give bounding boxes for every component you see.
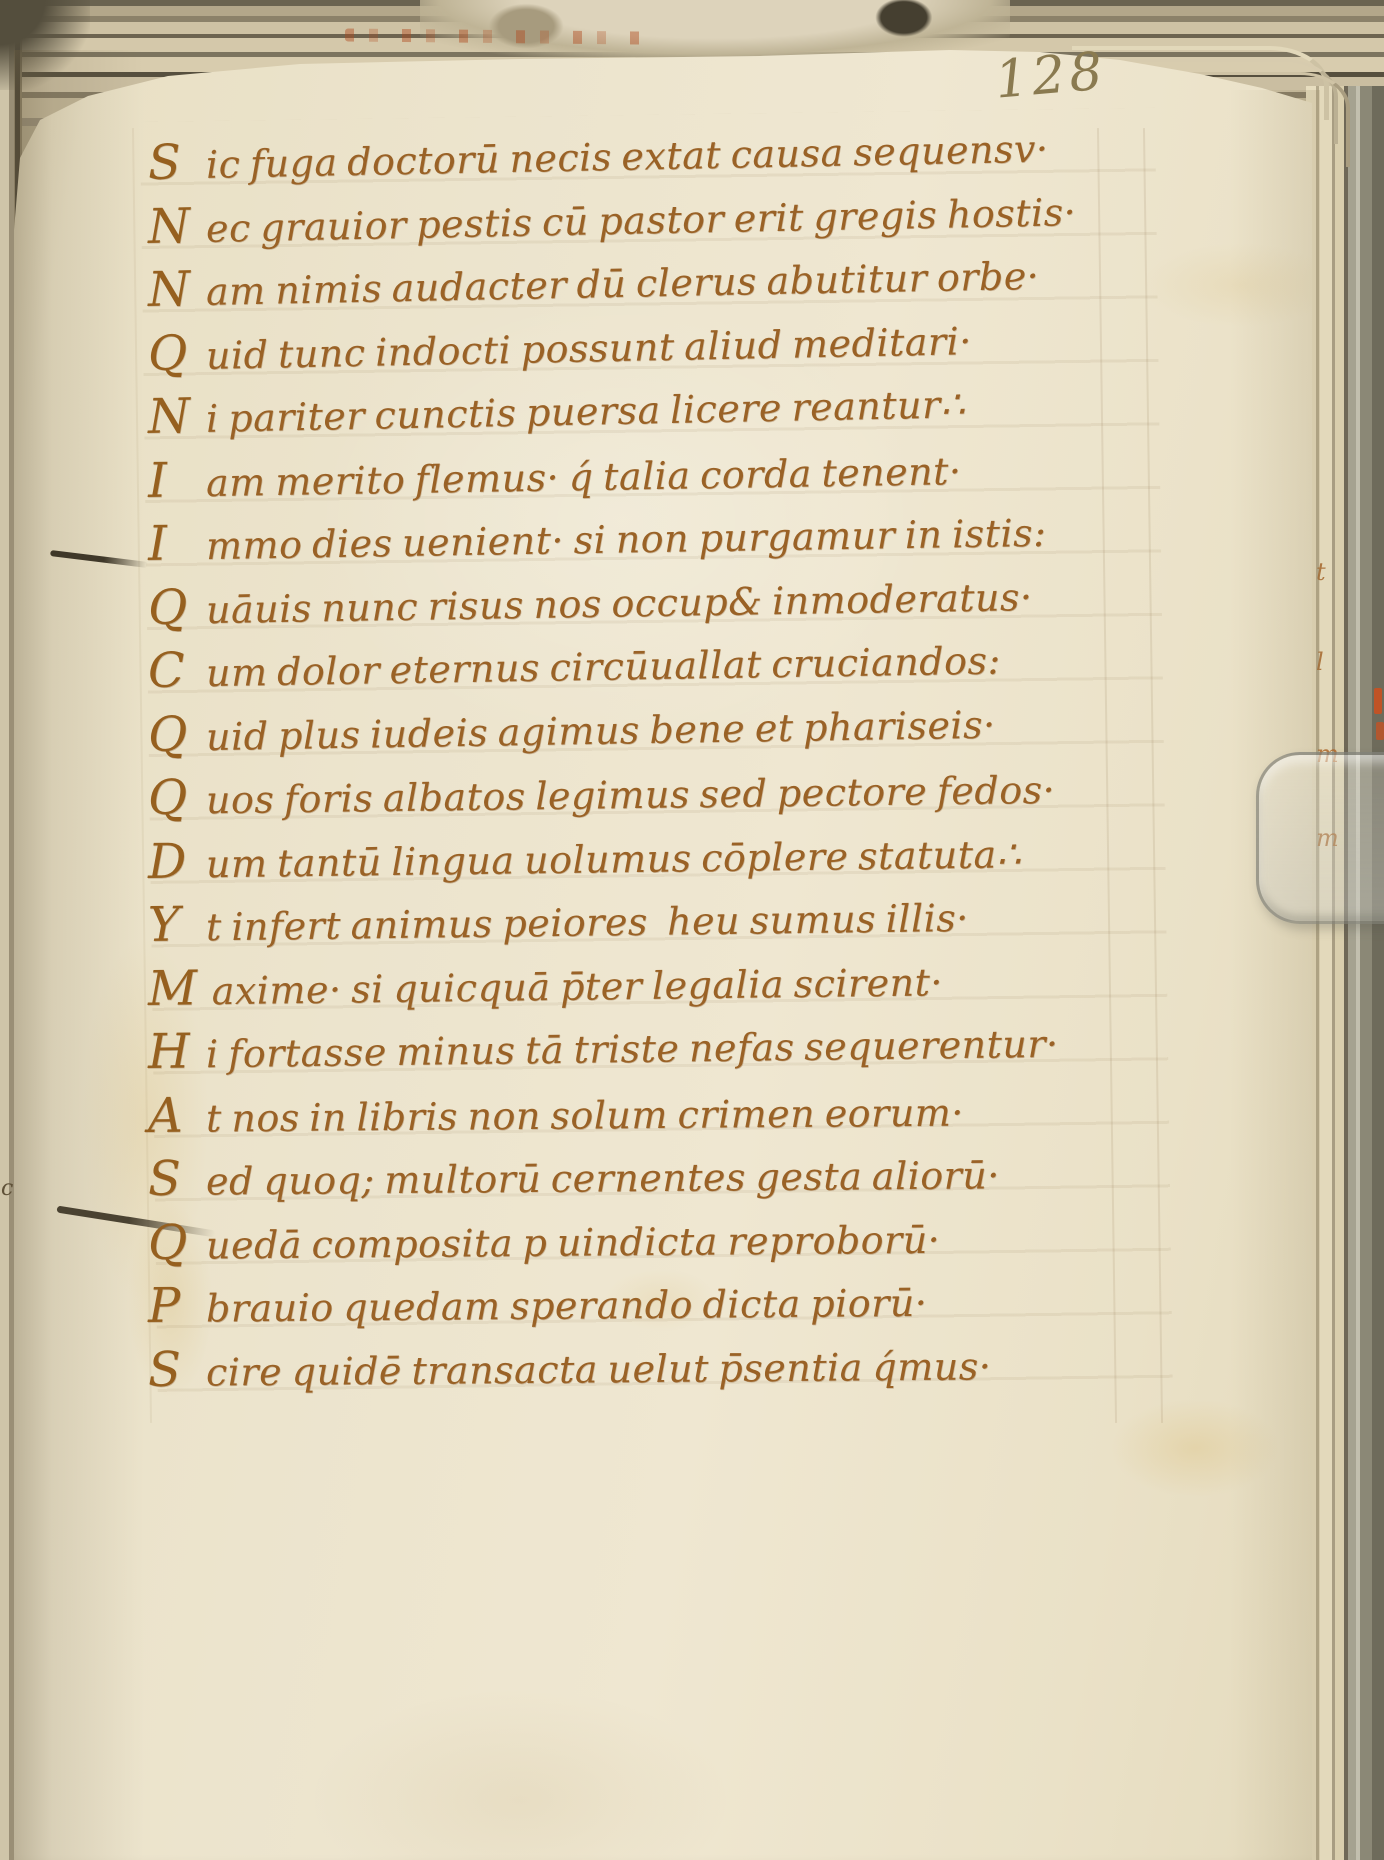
line-text: ed quoq; multorū cernentes gesta aliorū· bbox=[206, 1153, 1000, 1203]
text-line: Hi fortasse minus tā triste nefas sequer… bbox=[148, 1008, 1179, 1084]
line-text: uāuis nunc risus nos occup& inmoderatus· bbox=[206, 575, 1033, 632]
line-text: i pariter cunctis puersa licere reantur∴ bbox=[206, 382, 966, 441]
line-text: ec grauior pestis cū pastor erit gregis … bbox=[206, 190, 1077, 251]
line-initial: I bbox=[148, 512, 193, 576]
line-text: ic fuga doctorū necis extat causa sequen… bbox=[206, 127, 1049, 187]
fore-edge-letter: t bbox=[1316, 558, 1338, 588]
line-text: um tantū lingua uolumus cōplere statuta∴ bbox=[206, 832, 1022, 886]
line-text: i fortasse minus tā triste nefas sequere… bbox=[206, 1022, 1059, 1076]
line-initial: S bbox=[148, 1338, 192, 1402]
spine-shadow bbox=[0, 0, 90, 90]
line-text: am nimis audacter dū clerus abutitur orb… bbox=[206, 254, 1040, 314]
line-initial: H bbox=[148, 1020, 193, 1084]
line-text: uid tunc indocti possunt aliud meditari· bbox=[206, 319, 973, 378]
line-initial: Y bbox=[148, 893, 193, 957]
text-block: Sic fuga doctorū necis extat causa seque… bbox=[148, 132, 1178, 1402]
line-text: um dolor eternus circūuallat cruciandos: bbox=[206, 639, 1001, 695]
line-initial: M bbox=[148, 957, 198, 1021]
line-text: axime· si quicquā p̄ter legalia scirent· bbox=[211, 960, 943, 1013]
red-edge-mark bbox=[1374, 688, 1382, 714]
text-line: Pbrauio quedam sperando dicta piorū· bbox=[148, 1267, 1178, 1339]
text-line: At nos in libris non solum crimen eorum· bbox=[148, 1076, 1178, 1148]
line-text: uid plus iudeis agimus bene et phariseis… bbox=[206, 702, 996, 758]
line-initial: D bbox=[148, 830, 193, 894]
text-line: Sed quoq; multorū cernentes gesta aliorū… bbox=[148, 1140, 1178, 1212]
page-number: 128 bbox=[993, 41, 1109, 110]
line-initial: Q bbox=[148, 703, 193, 767]
line-text: mmo dies uenient· si non purgamur in ist… bbox=[206, 511, 1047, 568]
headband-damage bbox=[420, 0, 1010, 58]
line-initial: N bbox=[147, 195, 192, 259]
fore-edge-strips bbox=[1306, 86, 1384, 1860]
line-text: t infert animus peiores heu sumus illis· bbox=[206, 896, 969, 949]
line-initial: I bbox=[148, 449, 193, 513]
text-line: Yt infert animus peiores heu sumus illis… bbox=[148, 881, 1179, 957]
text-line: Quos foris albatos legimus sed pectore f… bbox=[148, 754, 1179, 830]
line-initial: C bbox=[148, 639, 193, 703]
plexiglass-clamp bbox=[1256, 752, 1384, 924]
text-line: Quedā composita p uindicta reproborū· bbox=[148, 1203, 1178, 1275]
line-text: cire quidē transacta uelut p̄sentia q́mu… bbox=[206, 1344, 992, 1394]
line-text: t nos in libris non solum crimen eorum· bbox=[206, 1090, 964, 1140]
line-initial: A bbox=[148, 1084, 192, 1148]
red-edge-mark bbox=[1376, 722, 1384, 740]
line-initial: N bbox=[147, 258, 192, 322]
line-text: uedā composita p uindicta reproborū· bbox=[206, 1217, 941, 1267]
line-text: uos foris albatos legimus sed pectore fe… bbox=[206, 768, 1056, 822]
line-initial: Q bbox=[148, 576, 193, 640]
line-text: am merito flemus· q́ talia corda tenent· bbox=[206, 449, 962, 505]
line-initial: S bbox=[147, 131, 192, 195]
fore-edge-letter: l bbox=[1316, 648, 1338, 678]
line-initial: Q bbox=[148, 1211, 192, 1275]
line-text: brauio quedam sperando dicta piorū· bbox=[206, 1281, 928, 1331]
line-initial: P bbox=[148, 1275, 192, 1339]
line-initial: Q bbox=[148, 766, 193, 830]
manuscript-photo: c. 128 Sic fuga doctorū necis extat caus… bbox=[0, 0, 1384, 1860]
text-line: Scire quidē transacta uelut p̄sentia q́m… bbox=[148, 1330, 1178, 1402]
line-initial: S bbox=[148, 1148, 192, 1212]
line-initial: Q bbox=[147, 322, 192, 386]
line-initial: N bbox=[147, 385, 192, 449]
